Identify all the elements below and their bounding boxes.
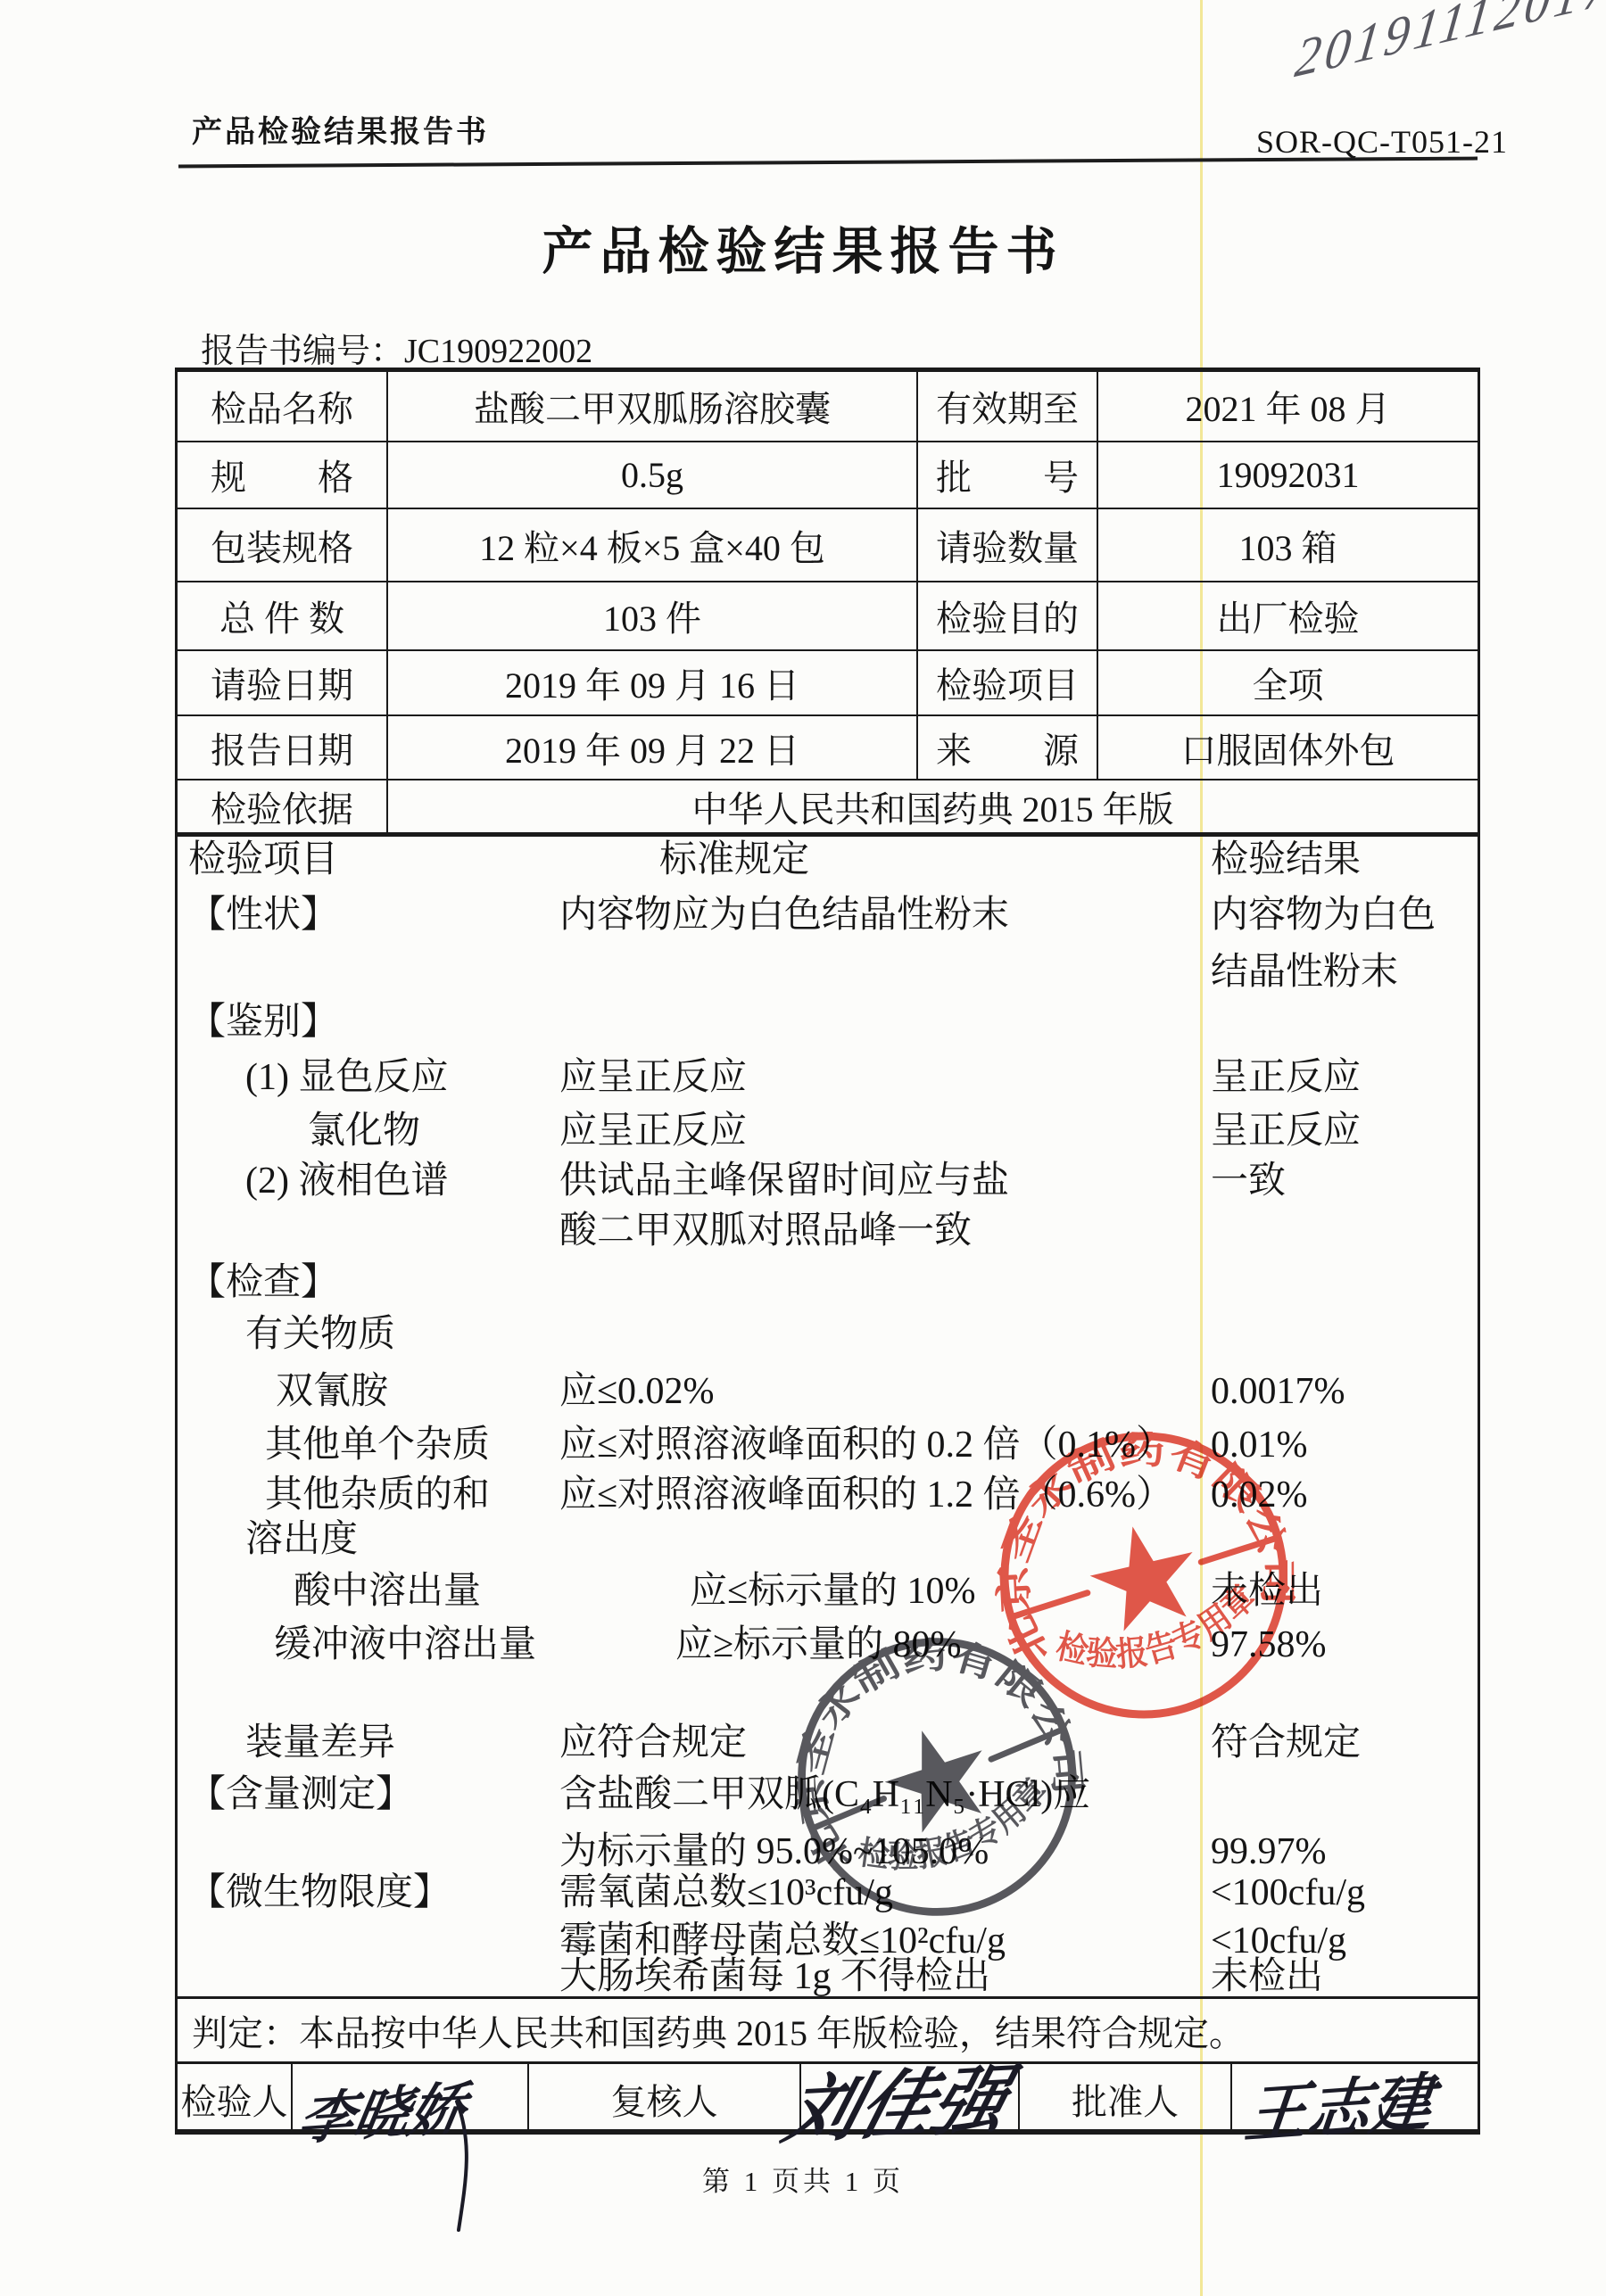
item-label: 酸中溶出量 (294, 1571, 481, 1612)
report-number: 报告书编号：JC190922002 (201, 323, 592, 372)
result-text: 99.97% (1211, 1831, 1327, 1872)
result-text: 一致 (1211, 1160, 1286, 1202)
item-label: (2) 液相色谱 (245, 1160, 448, 1202)
page-footer: 第 1 页共 1 页 (0, 2159, 1606, 2199)
item-label: 缓冲液中溶出量 (274, 1624, 536, 1665)
item-label: 【鉴别】 (188, 1002, 338, 1043)
item-label: 溶出度 (245, 1519, 358, 1560)
item-label: (1) 显色反应 (245, 1057, 448, 1098)
header-rule (178, 157, 1478, 169)
standard-text: 应符合规定 (559, 1722, 747, 1763)
page-title: 产品检验结果报告书 (0, 211, 1606, 284)
result-text: 呈正反应 (1211, 1111, 1361, 1152)
item-label: 【含量测定】 (188, 1774, 413, 1815)
standard-text: 大肠埃希菌每 1g 不得检出 (559, 1956, 990, 1997)
standard-text: 应≤标示量的 10% (690, 1571, 976, 1612)
standard-text: 内容物应为白色结晶性粉末 (559, 895, 1009, 936)
inspector-label: 检验人 (178, 2064, 293, 2134)
item-label: 有关物质 (245, 1314, 395, 1355)
standard-text: 应呈正反应 (559, 1057, 747, 1098)
result-text: 结晶性粉末 (1211, 952, 1398, 993)
verdict-text: 判定：本品按中华人民共和国药典 2015 年版检验，结果符合规定。 (192, 2005, 1245, 2056)
item-label: 【微生物限度】 (188, 1872, 451, 1913)
result-text: <100cfu/g (1211, 1872, 1365, 1913)
item-label: 【检查】 (188, 1262, 338, 1303)
standard-text: 标准规定 (659, 839, 809, 880)
standard-text: 应呈正反应 (559, 1111, 747, 1152)
standard-text: 酸二甲双胍对照品峰一致 (559, 1210, 972, 1251)
item-label: 其他单个杂质 (265, 1425, 490, 1466)
result-text: 未检出 (1211, 1956, 1323, 1997)
result-text: 符合规定 (1211, 1722, 1361, 1763)
item-label: 装量差异 (245, 1722, 395, 1763)
reviewer-label: 复核人 (529, 2064, 801, 2134)
result-text: 内容物为白色 (1211, 895, 1436, 936)
item-label: 其他杂质的和 (265, 1474, 490, 1516)
item-label: 双氰胺 (276, 1371, 388, 1412)
report-number-value: JC190922002 (404, 333, 592, 370)
approver-label: 批准人 (1020, 2064, 1232, 2134)
reviewer-signature: 刘佳强 (774, 2041, 1022, 2159)
result-text: 呈正反应 (1211, 1057, 1361, 1098)
handwritten-date-note: 20191112017 (1292, 0, 1606, 90)
approver-signature: 王志建 (1241, 2052, 1437, 2156)
item-label: 氯化物 (308, 1111, 420, 1152)
result-text: 检验结果 (1211, 839, 1361, 880)
stamp-star-icon (1081, 1515, 1206, 1636)
header-small-title: 产品检验结果报告书 (192, 107, 489, 151)
item-label: 【性状】 (188, 895, 338, 936)
item-label: 检验项目 (188, 839, 338, 880)
standard-text: 应≤0.02% (559, 1371, 715, 1412)
report-number-label: 报告书编号： (201, 333, 404, 370)
standard-text: 供试品主峰保留时间应与盐 (559, 1160, 1009, 1202)
doc-code: SOR-QC-T051-21 (1256, 123, 1508, 161)
report-page: 产品检验结果报告书 SOR-QC-T051-21 20191112017 产品检… (0, 0, 1606, 2296)
